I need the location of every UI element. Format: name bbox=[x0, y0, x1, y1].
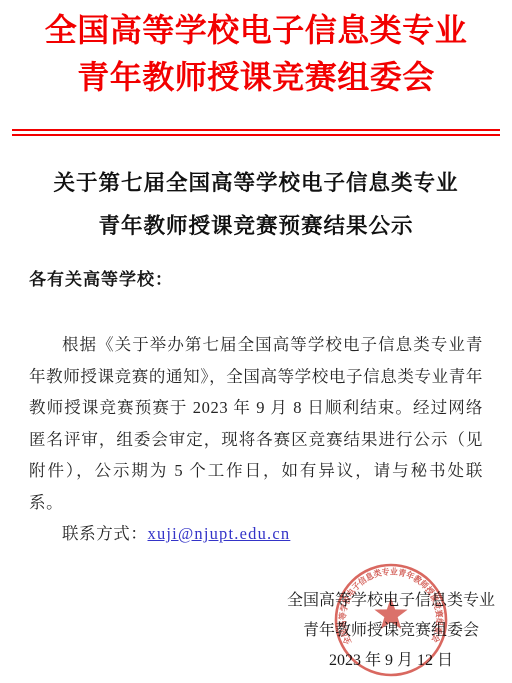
contact-line: 联系方式：xuji@njupt.edu.cn bbox=[29, 518, 483, 550]
signature-org-line-2: 青年教师授课竞赛组委会 bbox=[280, 616, 502, 646]
signature-org-line-1: 全国高等学校电子信息类专业 bbox=[280, 586, 502, 616]
announcement-document: 全国高等学校电子信息类专业 青年教师授课竞赛组委会 关于第七届全国高等学校电子信… bbox=[0, 0, 512, 683]
letterhead-line-2: 青年教师授课竞赛组委会 bbox=[0, 54, 512, 101]
document-title-line-2: 青年教师授课竞赛预赛结果公示 bbox=[20, 205, 492, 248]
document-title: 关于第七届全国高等学校电子信息类专业 青年教师授课竞赛预赛结果公示 bbox=[20, 162, 492, 248]
letterhead-divider bbox=[12, 129, 500, 136]
document-title-line-1: 关于第七届全国高等学校电子信息类专业 bbox=[20, 162, 492, 205]
signature-date: 2023 年 9 月 12 日 bbox=[280, 646, 502, 676]
letterhead-line-1: 全国高等学校电子信息类专业 bbox=[0, 7, 512, 54]
signature-block: 全国高等学校电子信息类专业 青年教师授课竞赛组委会 2023 年 9 月 12 … bbox=[280, 586, 502, 676]
letterhead-org-name: 全国高等学校电子信息类专业 青年教师授课竞赛组委会 bbox=[0, 0, 512, 101]
salutation: 各有关高等学校： bbox=[29, 266, 483, 294]
contact-label: 联系方式： bbox=[62, 524, 148, 543]
contact-email-link[interactable]: xuji@njupt.edu.cn bbox=[148, 524, 291, 543]
body-paragraph: 根据《关于举办第七届全国高等学校电子信息类专业青年教师授课竞赛的通知》，全国高等… bbox=[29, 329, 483, 518]
